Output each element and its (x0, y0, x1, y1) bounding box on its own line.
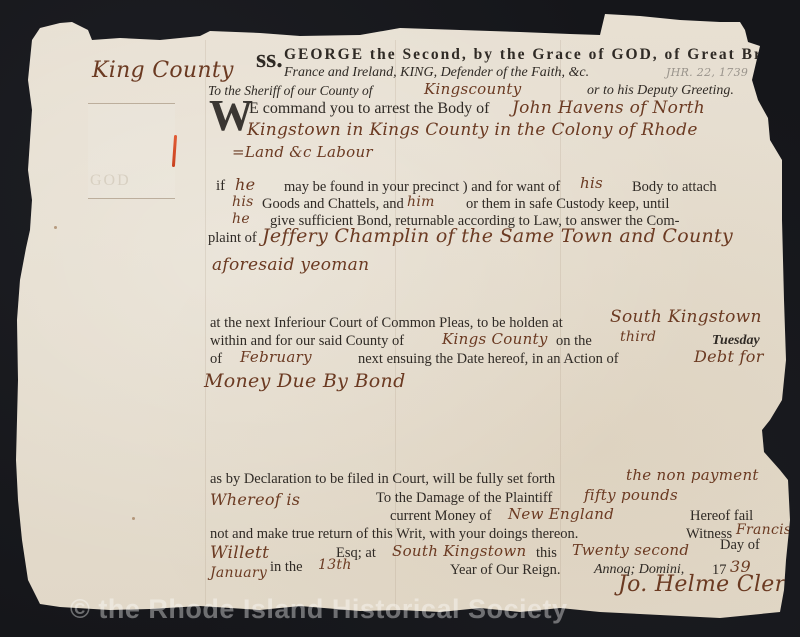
margin-county-note: King County (92, 58, 234, 83)
hand-his-2: his (232, 194, 254, 210)
hand-plaintiff-2: aforesaid yeoman (212, 255, 369, 275)
court-line-2b: on the (556, 333, 592, 350)
hand-regnal-year: 13th (318, 557, 352, 573)
attach-line-2b: or them in safe Custody keep, until (466, 196, 669, 213)
declaration-line-6b: Year of Our Reign. (450, 562, 561, 579)
court-line-3b: next ensuing the Date hereof, in an Acti… (358, 351, 619, 368)
hand-month-2: January (210, 565, 267, 581)
header-line-1: GEORGE the Second, by the Grace of GOD, … (284, 46, 800, 64)
court-line-3a: of (210, 351, 222, 368)
header-greeting: or to his Deputy Greeting. (587, 83, 734, 99)
attach-line-1b: Body to attach (632, 179, 717, 196)
declaration-line-4: not and make true return of this Writ, w… (210, 526, 578, 543)
hand-county-header: Kingscounty (424, 80, 522, 98)
fold-crease (205, 40, 206, 607)
declaration-day-of: Day of (720, 537, 760, 554)
hand-damage: fifty pounds (584, 486, 678, 504)
attach-line-4: plaint of (208, 230, 257, 247)
foxing-spot (132, 517, 135, 520)
hand-month: February (240, 348, 312, 366)
clerk-signature: Jo. Helme Clerk (618, 572, 799, 597)
hand-action-2: Money Due By Bond (204, 370, 406, 392)
declaration-line-6a: in the (270, 559, 303, 576)
attach-line-2: Goods and Chattels, and (262, 196, 404, 213)
hand-place-2: South Kingstown (392, 542, 526, 560)
declaration-line-3: current Money of (390, 508, 491, 525)
foxing-spot (54, 226, 57, 229)
declaration-line-5b: this (536, 545, 557, 562)
hand-defendant-2: Kingstown in Kings County in the Colony … (247, 120, 698, 140)
hand-witness-1: Francis (736, 522, 791, 538)
header-line-2: France and Ireland, KING, Defender of th… (284, 65, 589, 81)
if-text: if (216, 178, 225, 195)
hand-whereof: Whereof is (210, 490, 300, 509)
hand-defendant-3: =Land &c Labour (232, 143, 373, 161)
hand-his: his (580, 174, 603, 192)
blank-seal-area: GOD (88, 103, 175, 199)
command-text: E command you to arrest the Body of (249, 100, 489, 118)
writ-document: GOD King County ss. GEORGE the Second, b… (0, 0, 800, 637)
hand-plaintiff-1: Jeffery Champlin of the Same Town and Co… (262, 225, 733, 247)
hand-action-1: Debt for (694, 347, 764, 366)
hand-he-2: he (232, 211, 250, 227)
hand-ordinal: third (620, 329, 656, 345)
hand-he: he (235, 175, 255, 194)
hand-day: Twenty second (572, 541, 689, 559)
seal-mark: ss. (256, 44, 283, 74)
hand-witness-2: Willett (210, 543, 269, 563)
hand-court-county: Kings County (442, 330, 548, 348)
hand-defendant-1: John Havens of North (512, 98, 705, 118)
hand-court-place: South Kingstown (610, 307, 762, 327)
copyright-watermark: © the Rhode Island Historical Society (70, 594, 568, 625)
declaration-line-1: as by Declaration to be filed in Court, … (210, 471, 555, 488)
hand-nonpayment: the non payment (626, 466, 759, 484)
pencil-date-note: JHR. 22, 1739 (666, 66, 748, 79)
hand-him: him (407, 194, 435, 210)
hand-currency: New England (508, 505, 614, 523)
faint-offset-text: GOD (90, 172, 131, 190)
